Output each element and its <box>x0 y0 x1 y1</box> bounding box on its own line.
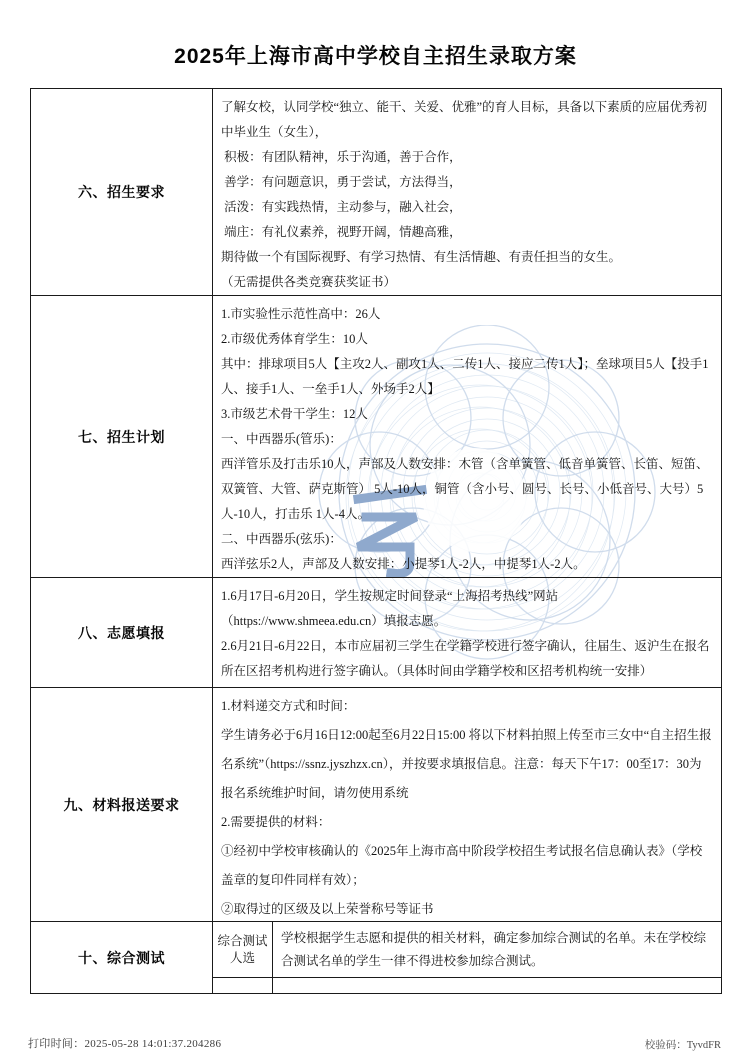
paragraph: ①经初中学校审核确认的《2025年上海市高中阶段学校招生考试报名信息确认表》（学… <box>221 837 713 895</box>
paragraph: （https://www.shmeea.edu.cn）填报志愿。 <box>221 609 713 634</box>
paragraph: 期待做一个有国际视野、有学习热情、有生活情趣、有责任担当的女生。 <box>221 245 713 270</box>
paragraph: 活泼：有实践热情，主动参与，融入社会， <box>221 195 713 220</box>
table-row-application: 八、志愿填报 1.6月17日-6月20日，学生按规定时间登录“上海招考热线”网站… <box>31 578 721 688</box>
row-label: 十、综合测试 <box>31 922 213 993</box>
paragraph: 其中：排球项目5人【主攻2人、副攻1人、二传1人、接应二传1人】；垒球项目5人【… <box>221 352 713 402</box>
paragraph: 西洋弦乐2人，声部及人数安排：小提琴1人-2人，中提琴1人-2人。 <box>221 552 713 577</box>
paragraph: 西洋管乐及打击乐10人，声部及人数安排：木管（含单簧管、低音单簧管、长笛、短笛、… <box>221 452 713 527</box>
document-page: 2025年上海市高中学校自主招生录取方案 六、招生要求 了解女校，认同学校“独立… <box>0 0 751 1063</box>
empty-subcell <box>273 978 721 993</box>
paragraph: 一、中西器乐(管乐)： <box>221 427 713 452</box>
empty-subrow <box>213 977 721 993</box>
row-label: 七、招生计划 <box>31 296 213 578</box>
paragraph: 2.6月21日-6月22日，本市应届初三学生在学籍学校进行签字确认，往届生、返沪… <box>221 634 713 684</box>
paragraph: 善学：有问题意识，勇于尝试，方法得当， <box>221 170 713 195</box>
checksum-code: 校验码：TyvdFR <box>645 1037 721 1052</box>
row-content: 1.6月17日-6月20日，学生按规定时间登录“上海招考热线”网站（https:… <box>213 578 721 687</box>
table-row-recruit-plan: 七、招生计划 1.市实验性示范性高中：26人2.市级优秀体育学生：10人其中：排… <box>31 296 721 579</box>
row-content: 1.材料递交方式和时间：学生请务必于6月16日12:00起至6月22日15:00… <box>213 688 721 921</box>
row-label: 六、招生要求 <box>31 89 213 295</box>
print-time: 打印时间：2025-05-28 14:01:37.204286 <box>28 1035 221 1051</box>
admission-plan-table: 六、招生要求 了解女校，认同学校“独立、能干、关爱、优雅”的育人目标，具备以下素… <box>30 88 722 994</box>
paragraph: 学校根据学生志愿和提供的相关材料，确定参加综合测试的名单。未在学校综合测试名单的… <box>281 927 713 973</box>
table-row-materials: 九、材料报送要求 1.材料递交方式和时间：学生请务必于6月16日12:00起至6… <box>31 688 721 922</box>
subrow-label: 综合测试人选 <box>213 922 273 977</box>
paragraph: 积极：有团队精神，乐于沟通，善于合作， <box>221 145 713 170</box>
paragraph: 1.市实验性示范性高中：26人 <box>221 302 713 327</box>
test-candidates-subrow: 综合测试人选 学校根据学生志愿和提供的相关材料，确定参加综合测试的名单。未在学校… <box>213 922 721 977</box>
empty-subcell <box>213 978 273 993</box>
subrow-content: 学校根据学生志愿和提供的相关材料，确定参加综合测试的名单。未在学校综合测试名单的… <box>273 922 721 977</box>
paragraph: 了解女校，认同学校“独立、能干、关爱、优雅”的育人目标，具备以下素质的应届优秀初… <box>221 95 713 145</box>
paragraph: ②取得过的区级及以上荣誉称号等证书 <box>221 895 713 921</box>
row-content: 1.市实验性示范性高中：26人2.市级优秀体育学生：10人其中：排球项目5人【主… <box>213 296 721 578</box>
row-label: 八、志愿填报 <box>31 578 213 687</box>
table-row-comprehensive-test: 十、综合测试 综合测试人选 学校根据学生志愿和提供的相关材料，确定参加综合测试的… <box>31 922 721 993</box>
paragraph: 2.需要提供的材料： <box>221 808 713 837</box>
row-content: 了解女校，认同学校“独立、能干、关爱、优雅”的育人目标，具备以下素质的应届优秀初… <box>213 89 721 295</box>
row-label: 九、材料报送要求 <box>31 688 213 921</box>
paragraph: 2.市级优秀体育学生：10人 <box>221 327 713 352</box>
paragraph: 3.市级艺术骨干学生：12人 <box>221 402 713 427</box>
paragraph: 学生请务必于6月16日12:00起至6月22日15:00 将以下材料拍照上传至市… <box>221 721 713 808</box>
paragraph: （无需提供各类竞赛获奖证书） <box>221 270 713 295</box>
paragraph: 二、中西器乐(弦乐)： <box>221 527 713 552</box>
page-title: 2025年上海市高中学校自主招生录取方案 <box>0 40 751 70</box>
paragraph: 1.6月17日-6月20日，学生按规定时间登录“上海招考热线”网站 <box>221 584 713 609</box>
paragraph: 1.材料递交方式和时间： <box>221 692 713 721</box>
row-content: 综合测试人选 学校根据学生志愿和提供的相关材料，确定参加综合测试的名单。未在学校… <box>213 922 721 993</box>
paragraph: 端庄：有礼仪素养，视野开阔，情趣高雅， <box>221 220 713 245</box>
table-row-recruit-requirements: 六、招生要求 了解女校，认同学校“独立、能干、关爱、优雅”的育人目标，具备以下素… <box>31 89 721 296</box>
